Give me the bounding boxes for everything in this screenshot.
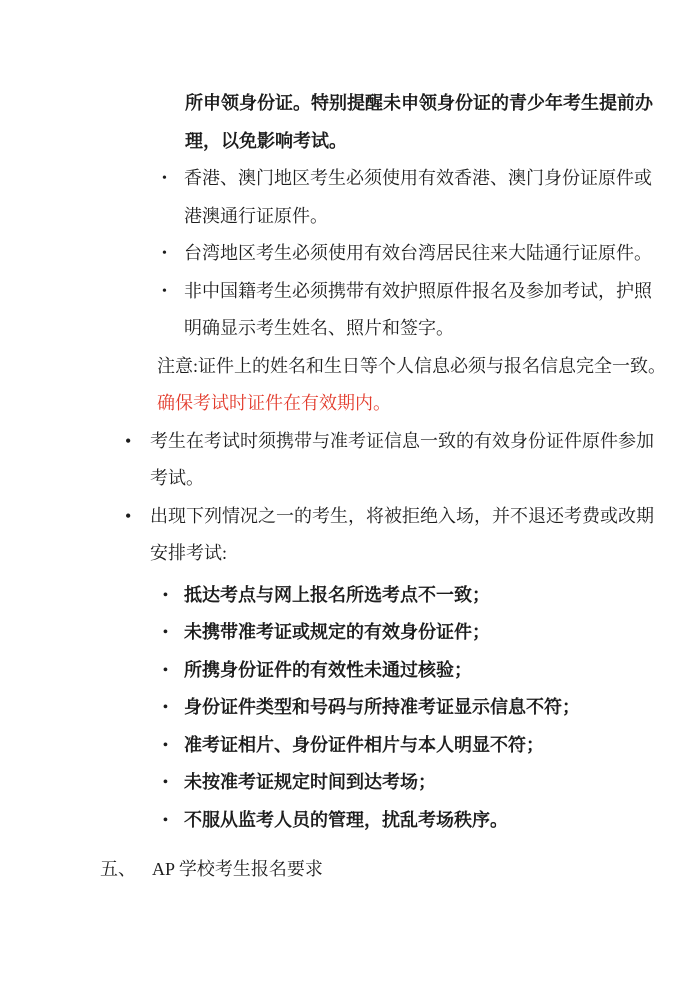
bullet-icon: •	[163, 802, 184, 840]
id-requirement-text: 台湾地区考生必须使用有效台湾居民往来大陆通行证原件。	[184, 235, 700, 273]
section-heading: 五、 AP 学校考生报名要求	[100, 851, 700, 889]
rejection-item-text: 未携带准考证或规定的有效身份证件；	[184, 614, 700, 652]
id-requirement-item-hk-macau: • 香港、澳门地区考生必须使用有效香港、澳门身份证原件或 港澳通行证原件。	[0, 160, 700, 235]
bullet-icon: •	[163, 614, 184, 652]
rejection-item-id-mismatch: • 身份证件类型和号码与所持准考证显示信息不符；	[0, 689, 700, 727]
id-requirement-text: 非中国籍考生必须携带有效护照原件报名及参加考试，护照 明确显示考生姓名、照片和签…	[184, 273, 700, 348]
bullet-icon: •	[125, 423, 150, 461]
rejection-item-late-arrival: • 未按准考证规定时间到达考场；	[0, 764, 700, 802]
rejection-item-no-id: • 未携带准考证或规定的有效身份证件；	[0, 614, 700, 652]
bullet-icon: •	[162, 273, 184, 311]
id-requirement-item-taiwan: • 台湾地区考生必须使用有效台湾居民往来大陆通行证原件。	[0, 235, 700, 273]
rejection-item-photo-mismatch: • 准考证相片、身份证件相片与本人明显不符；	[0, 727, 700, 765]
bullet-icon: •	[125, 498, 150, 536]
rejection-item-disobedience: • 不服从监考人员的管理，扰乱考场秩序。	[0, 802, 700, 840]
bullet-icon: •	[163, 764, 184, 802]
rejection-item-text: 抵达考点与网上报名所选考点不一致；	[184, 577, 700, 615]
rejection-item-text: 准考证相片、身份证件相片与本人明显不符；	[184, 727, 700, 765]
rejection-item-text: 不服从监考人员的管理，扰乱考场秩序。	[184, 802, 700, 840]
id-requirement-text: 香港、澳门地区考生必须使用有效香港、澳门身份证原件或 港澳通行证原件。	[184, 160, 700, 235]
exam-id-text: 考生在考试时须携带与准考证信息一致的有效身份证件原件参加 考试。	[150, 423, 700, 498]
rejection-item-text: 所携身份证件的有效性未通过核验；	[184, 652, 700, 690]
bullet-icon: •	[162, 235, 184, 273]
continued-paragraph: 所申领身份证。特别提醒未申领身份证的青少年考生提前办 理，以免影响考试。	[185, 85, 700, 160]
spacer	[0, 839, 700, 851]
bullet-icon: •	[163, 727, 184, 765]
rejection-item-invalid-id: • 所携身份证件的有效性未通过核验；	[0, 652, 700, 690]
rejection-intro-item: • 出现下列情况之一的考生，将被拒绝入场，并不退还考费或改期 安排考试:	[0, 498, 700, 573]
section-number: 五、	[100, 851, 152, 889]
document-page: 所申领身份证。特别提醒未申领身份证的青少年考生提前办 理，以免影响考试。 • 香…	[0, 0, 700, 989]
note-line: 注意:证件上的姓名和生日等个人信息必须与报名信息完全一致。	[157, 348, 700, 386]
rejection-item-wrong-site: • 抵达考点与网上报名所选考点不一致；	[0, 577, 700, 615]
id-requirement-item-foreign: • 非中国籍考生必须携带有效护照原件报名及参加考试，护照 明确显示考生姓名、照片…	[0, 273, 700, 348]
section-title: AP 学校考生报名要求	[152, 851, 323, 889]
rejection-intro-text: 出现下列情况之一的考生，将被拒绝入场，并不退还考费或改期 安排考试:	[150, 498, 700, 573]
rejection-item-text: 身份证件类型和号码与所持准考证显示信息不符；	[184, 689, 700, 727]
bullet-icon: •	[163, 689, 184, 727]
red-warning-line: 确保考试时证件在有效期内。	[157, 385, 700, 423]
bullet-icon: •	[162, 160, 184, 198]
bullet-icon: •	[163, 652, 184, 690]
exam-id-item: • 考生在考试时须携带与准考证信息一致的有效身份证件原件参加 考试。	[0, 423, 700, 498]
rejection-item-text: 未按准考证规定时间到达考场；	[184, 764, 700, 802]
bullet-icon: •	[163, 577, 184, 615]
